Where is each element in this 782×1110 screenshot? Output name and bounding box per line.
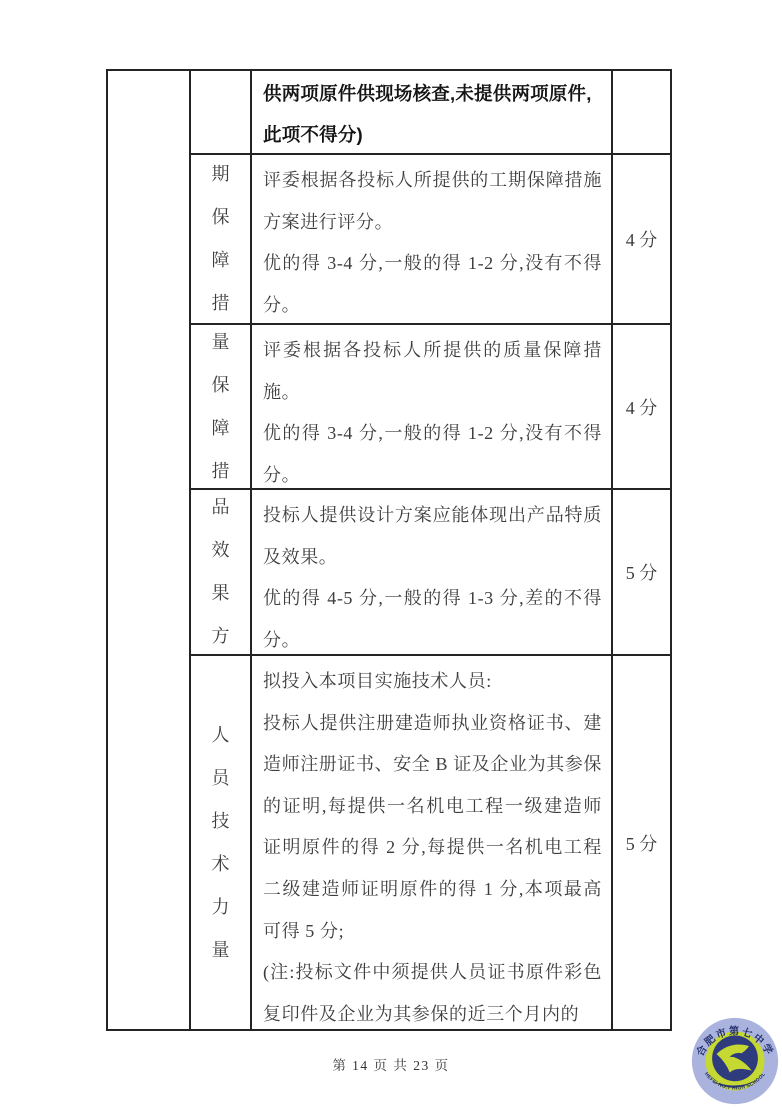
criteria-desc-cell: 评委根据各投标人所提供的质量保障措施。 优的得 3-4 分,一般的得 1-2 分… bbox=[252, 325, 613, 488]
table-row: 工期 保障 措施 评委根据各投标人所提供的工期保障措施方案进行评分。 优的得 3… bbox=[191, 155, 670, 325]
table-row: 产品 效果 方案 投标人提供设计方案应能体现出产品特质及效果。 优的得 4-5 … bbox=[191, 490, 670, 656]
evaluation-table: 供两项原件供现场核查,未提供两项原件, 此项不得分) 工期 保障 措施 评委根据… bbox=[106, 69, 672, 1031]
criteria-name-cell: 人员 技术 力量 bbox=[191, 656, 252, 1029]
score-cell: 5 分 bbox=[613, 656, 670, 1029]
criteria-desc-cell: 投标人提供设计方案应能体现出产品特质及效果。 优的得 4-5 分,一般的得 1-… bbox=[252, 490, 613, 654]
criteria-desc-cell: 供两项原件供现场核查,未提供两项原件, 此项不得分) bbox=[252, 71, 613, 153]
criteria-name-cell: 工期 保障 措施 bbox=[191, 155, 252, 323]
page-number: 第 14 页 共 23 页 bbox=[0, 1054, 782, 1074]
score-cell: 4 分 bbox=[613, 325, 670, 488]
table-rows: 供两项原件供现场核查,未提供两项原件, 此项不得分) 工期 保障 措施 评委根据… bbox=[191, 71, 670, 1029]
criteria-name-cell bbox=[191, 71, 252, 153]
criteria-desc-cell: 评委根据各投标人所提供的工期保障措施方案进行评分。 优的得 3-4 分,一般的得… bbox=[252, 155, 613, 323]
score-cell bbox=[613, 71, 670, 153]
table-row: 人员 技术 力量 拟投入本项目实施技术人员: 投标人提供注册建造师执业资格证书、… bbox=[191, 656, 670, 1029]
score-cell: 4 分 bbox=[613, 155, 670, 323]
criteria-name-cell: 产品 效果 方案 bbox=[191, 490, 252, 654]
criteria-name-cell: 质量 保障 措施 bbox=[191, 325, 252, 488]
criteria-desc-cell: 拟投入本项目实施技术人员: 投标人提供注册建造师执业资格证书、建造师注册证书、安… bbox=[252, 656, 613, 1029]
table-row: 供两项原件供现场核查,未提供两项原件, 此项不得分) bbox=[191, 71, 670, 155]
table-row: 质量 保障 措施 评委根据各投标人所提供的质量保障措施。 优的得 3-4 分,一… bbox=[191, 325, 670, 490]
score-cell: 5 分 bbox=[613, 490, 670, 654]
document-page: 供两项原件供现场核查,未提供两项原件, 此项不得分) 工期 保障 措施 评委根据… bbox=[0, 0, 782, 1110]
criteria-group-merged-cell bbox=[108, 71, 191, 1029]
school-logo-icon: 合肥市第七中学 HEFEI NO.7 HIGH SCHOOL bbox=[691, 1017, 779, 1105]
school-seal: 合肥市第七中学 HEFEI NO.7 HIGH SCHOOL bbox=[691, 1017, 779, 1105]
